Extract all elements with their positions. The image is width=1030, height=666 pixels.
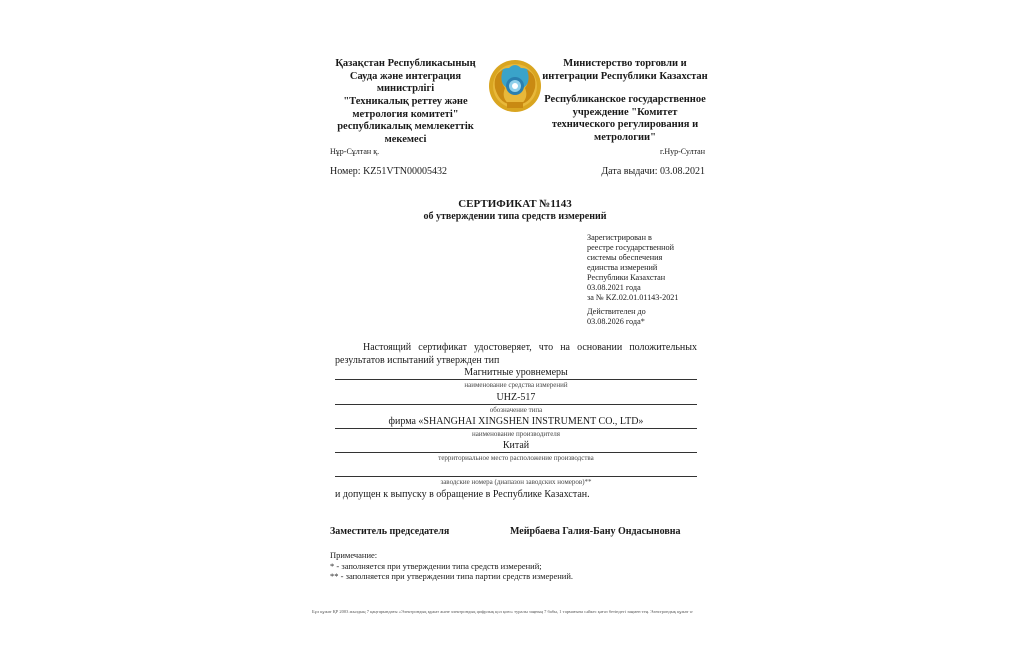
field-caption: наименование производителя bbox=[335, 429, 697, 439]
validity-line: 03.08.2026 года* bbox=[587, 317, 727, 327]
legal-footer: Бұл құжат ҚР 2003 жылдың 7 қаңтарындағы … bbox=[312, 609, 693, 614]
city-ru: г.Нур-Султан bbox=[660, 147, 705, 156]
city-kz: Нұр-Сұлтан қ. bbox=[330, 147, 379, 156]
header-right-committee: Республиканское государственное учрежден… bbox=[540, 94, 710, 144]
validity-line: Действителен до bbox=[587, 307, 727, 317]
field-manufacture-location: Китай территориальное место расположение… bbox=[335, 439, 697, 463]
field-instrument-name: Магнитные уровнемеры наименование средст… bbox=[335, 366, 697, 390]
signatory-name: Мейрбаева Галия-Бану Ондасыновна bbox=[510, 526, 680, 537]
header-left-committee: "Техникалық реттеу және метрология комит… bbox=[318, 96, 493, 146]
field-value bbox=[335, 463, 697, 476]
notes-block: Примечание: * - заполняется при утвержде… bbox=[330, 550, 573, 582]
registration-line: Республики Казахстан bbox=[587, 273, 727, 283]
header-right-line: технического регулирования и bbox=[540, 119, 710, 132]
registration-line: 03.08.2021 года bbox=[587, 283, 727, 293]
header-left-line: республикалық мемлекеттік bbox=[318, 121, 493, 134]
signatory-position: Заместитель председателя bbox=[330, 526, 449, 537]
registration-line: за № KZ.02.01.01143-2021 bbox=[587, 293, 727, 303]
field-caption: обозначение типа bbox=[335, 405, 697, 415]
field-value: UHZ-517 bbox=[335, 391, 697, 404]
header-right-line: учреждение "Комитет bbox=[540, 107, 710, 120]
certificate-title: СЕРТИФИКАТ №1143 bbox=[0, 198, 1030, 210]
field-value: Магнитные уровнемеры bbox=[335, 366, 697, 379]
field-manufacturer: фирма «SHANGHAI XINGSHEN INSTRUMENT CO.,… bbox=[335, 415, 697, 439]
registration-line: Зарегистрирован в bbox=[587, 233, 727, 243]
registration-line: реестре государственной bbox=[587, 243, 727, 253]
issue-date: Дата выдачи: 03.08.2021 bbox=[601, 166, 705, 177]
header-left-line: мекемесі bbox=[318, 134, 493, 147]
note-item: ** - заполняется при утверждении типа па… bbox=[330, 571, 573, 582]
certificate-conclusion: и допущен к выпуску в обращение в Респуб… bbox=[335, 488, 590, 501]
field-caption: заводские номера (диапазон заводских ном… bbox=[335, 477, 697, 487]
header-left-line: Сауда және интеграция bbox=[318, 71, 493, 84]
header-right-ministry: Министерство торговли и интеграции Респу… bbox=[540, 58, 710, 83]
field-value: фирма «SHANGHAI XINGSHEN INSTRUMENT CO.,… bbox=[335, 415, 697, 428]
header-left-ministry: Қазақстан Республикасының Сауда және инт… bbox=[318, 58, 493, 96]
header-left-line: "Техникалық реттеу және bbox=[318, 96, 493, 109]
registration-line: системы обеспечения bbox=[587, 253, 727, 263]
field-caption: территориальное место расположение произ… bbox=[335, 453, 697, 463]
field-serial-numbers: заводские номера (диапазон заводских ном… bbox=[335, 463, 697, 487]
certificate-subtitle: об утверждении типа средств измерений bbox=[0, 211, 1030, 222]
certificate-intro: Настоящий сертификат удостоверяет, что н… bbox=[335, 341, 697, 367]
header-right-line: Министерство торговли и bbox=[540, 58, 710, 71]
header-left-line: Қазақстан Республикасының bbox=[318, 58, 493, 71]
kazakhstan-emblem-icon bbox=[487, 58, 543, 114]
header-right-line: интеграции Республики Казахстан bbox=[540, 71, 710, 84]
note-item: * - заполняется при утверждении типа сре… bbox=[330, 561, 573, 572]
header-left-line: министрлігі bbox=[318, 83, 493, 96]
field-type-designation: UHZ-517 обозначение типа bbox=[335, 391, 697, 415]
field-value: Китай bbox=[335, 439, 697, 452]
header-left-line: метрология комитеті" bbox=[318, 109, 493, 122]
header-right-line: Республиканское государственное bbox=[540, 94, 710, 107]
registration-block: Зарегистрирован в реестре государственно… bbox=[587, 233, 727, 327]
notes-title: Примечание: bbox=[330, 550, 573, 561]
certificate-number: Номер: KZ51VTN00005432 bbox=[330, 166, 447, 177]
registration-line: единства измерений bbox=[587, 263, 727, 273]
header-right-line: метрологии" bbox=[540, 132, 710, 145]
field-caption: наименование средства измерений bbox=[335, 380, 697, 390]
